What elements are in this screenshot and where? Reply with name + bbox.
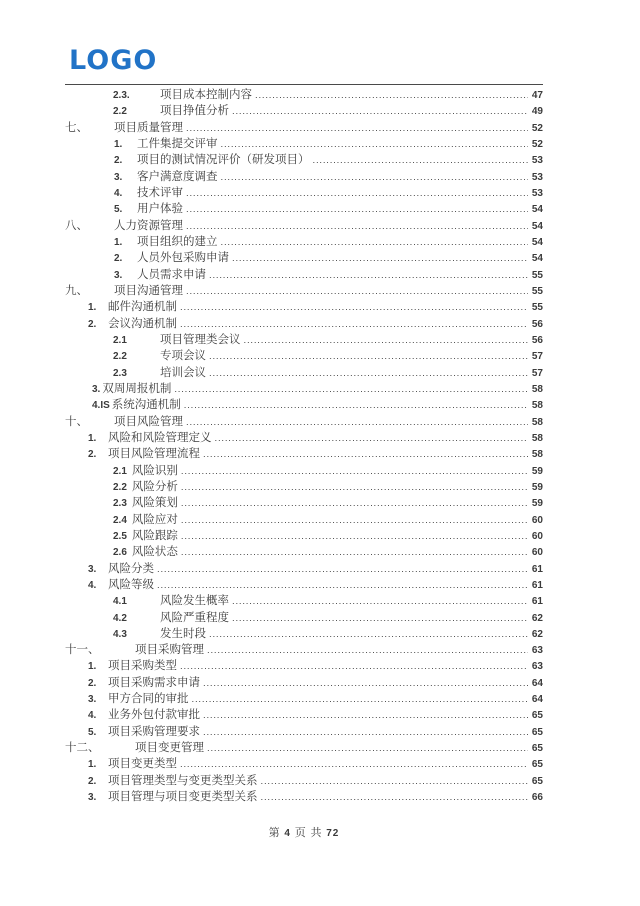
toc-entry-title: 风险发生概率: [160, 593, 229, 609]
toc-entry-page: 54: [529, 219, 543, 235]
toc-entry-page: 54: [529, 251, 543, 267]
toc-entry-number: 3.: [114, 268, 137, 284]
toc-entry-title: 项目采购需求申请: [108, 675, 200, 691]
toc-entry-number: 八、: [65, 218, 114, 234]
toc-entry-page: 65: [529, 757, 543, 773]
dot-leader: ........................................…: [186, 415, 528, 431]
dot-leader: ........................................…: [181, 480, 528, 496]
page-footer: 第 4 页 共 72: [65, 824, 543, 840]
footer-label-total-prefix: 共: [310, 827, 322, 839]
toc-row: 2.2风险分析.................................…: [65, 479, 543, 495]
toc-entry-title: 项目管理类会议: [160, 332, 241, 348]
toc-entry-number: 1.: [114, 137, 137, 153]
dot-leader: ........................................…: [186, 186, 528, 202]
dot-leader: ........................................…: [181, 545, 528, 561]
dot-leader: ........................................…: [232, 104, 528, 120]
document-page: LOGO 2.3.项目成本控制内容.......................…: [0, 0, 640, 906]
toc-row: 3.双周周报机制................................…: [65, 381, 543, 397]
toc-entry-title: 双周周报机制: [102, 381, 171, 397]
toc-row: 4.业务外包付款审批..............................…: [65, 707, 543, 723]
toc-entry-number: 2.: [114, 251, 137, 267]
dot-leader: ........................................…: [209, 349, 528, 365]
toc-row: 2.项目管理类型与变更类型关系.........................…: [65, 773, 543, 789]
dot-leader: ........................................…: [209, 268, 528, 284]
toc-row: 2.会议沟通机制................................…: [65, 316, 543, 332]
toc-entry-title: 人员需求申请: [137, 267, 206, 283]
dot-leader: ........................................…: [181, 496, 528, 512]
dot-leader: ........................................…: [209, 366, 528, 382]
toc-entry-page: 61: [529, 578, 543, 594]
toc-entry-page: 53: [529, 170, 543, 186]
toc-entry-page: 55: [529, 268, 543, 284]
dot-leader: ........................................…: [180, 317, 528, 333]
toc-entry-page: 64: [529, 692, 543, 708]
dot-leader: ........................................…: [203, 676, 528, 692]
toc-entry-number: 2.1: [113, 464, 127, 480]
toc-entry-number: 4.2: [113, 611, 160, 627]
toc-row: 3.客户满意度调查...............................…: [65, 169, 543, 185]
toc-entry-title: 专项会议: [160, 348, 206, 364]
toc-entry-number: 2.1: [113, 333, 160, 349]
toc-entry-page: 59: [529, 464, 543, 480]
toc-entry-page: 63: [529, 643, 543, 659]
toc-row: 4.风险等级..................................…: [65, 577, 543, 593]
toc-entry-page: 47: [529, 88, 543, 104]
toc-entry-title: 人力资源管理: [114, 218, 183, 234]
toc-row: 八、人力资源管理................................…: [65, 218, 543, 234]
toc-entry-number: 2.2: [113, 349, 160, 365]
toc-entry-page: 61: [529, 594, 543, 610]
toc-entry-number: 1.: [88, 300, 108, 316]
toc-row: 1.风险和风险管理定义.............................…: [65, 430, 543, 446]
toc-entry-number: 2.3: [113, 496, 127, 512]
toc-entry-number: 2.: [88, 774, 108, 790]
toc-row: 1.工件集提交评审...............................…: [65, 136, 543, 152]
toc-entry-title: 项目风险管理: [114, 414, 183, 430]
toc-entry-title: 风险分析: [132, 479, 178, 495]
toc-row: 4.IS系统沟通机制..............................…: [65, 397, 543, 413]
toc-entry-title: 客户满意度调查: [137, 169, 218, 185]
footer-label-page-prefix: 第: [269, 827, 281, 839]
dot-leader: ........................................…: [207, 741, 528, 757]
toc-entry-number: 1.: [88, 431, 108, 447]
dot-leader: ........................................…: [221, 137, 529, 153]
toc-entry-page: 64: [529, 676, 543, 692]
toc-row: 十一、项目采购管理...............................…: [65, 642, 543, 658]
toc-entry-number: 5.: [88, 725, 108, 741]
dot-leader: ........................................…: [244, 333, 529, 349]
toc-row: 2.1项目管理类会议..............................…: [65, 332, 543, 348]
toc-entry-title: 项目采购管理: [135, 642, 204, 658]
dot-leader: ........................................…: [209, 627, 528, 643]
toc-entry-title: 项目管理与项目变更类型关系: [108, 789, 258, 805]
toc-entry-number: 2.: [88, 676, 108, 692]
toc-entry-title: 风险和风险管理定义: [108, 430, 212, 446]
toc-entry-number: 4.3: [113, 627, 160, 643]
toc-entry-page: 52: [529, 137, 543, 153]
toc-entry-title: 培训会议: [160, 365, 206, 381]
footer-total-pages: 72: [326, 828, 339, 839]
toc-row: 1.项目组织的建立...............................…: [65, 234, 543, 250]
toc-entry-page: 62: [529, 627, 543, 643]
dot-leader: ........................................…: [157, 562, 528, 578]
toc-entry-title: 项目风险管理流程: [108, 446, 200, 462]
toc-entry-title: 项目挣值分析: [160, 103, 229, 119]
footer-page-number: 4: [284, 828, 291, 839]
toc-entry-title: 用户体验: [137, 201, 183, 217]
toc-row: 2.1风险识别.................................…: [65, 463, 543, 479]
toc-entry-page: 55: [529, 300, 543, 316]
toc-row: 5.用户体验..................................…: [65, 201, 543, 217]
toc-entry-title: 人员外包采购申请: [137, 250, 229, 266]
toc-entry-page: 63: [529, 659, 543, 675]
toc-row: 2.6风险状态.................................…: [65, 544, 543, 560]
dot-leader: ........................................…: [180, 300, 528, 316]
toc-entry-number: 3.: [88, 692, 108, 708]
dot-leader: ........................................…: [192, 692, 529, 708]
toc-row: 七、项目质量管理................................…: [65, 120, 543, 136]
toc-entry-title: 项目质量管理: [114, 120, 183, 136]
dot-leader: ........................................…: [181, 513, 528, 529]
toc-row: 2.人员外包采购申请..............................…: [65, 250, 543, 266]
toc-row: 十、项目风险管理................................…: [65, 414, 543, 430]
toc-entry-number: 5.: [114, 202, 137, 218]
toc-entry-number: 3.: [88, 562, 108, 578]
toc-entry-page: 58: [529, 447, 543, 463]
toc-entry-page: 57: [529, 349, 543, 365]
toc-entry-number: 2.: [88, 447, 108, 463]
toc-entry-page: 55: [529, 284, 543, 300]
toc-entry-number: 七、: [65, 120, 114, 136]
toc-entry-number: 2.2: [113, 480, 127, 496]
dot-leader: ........................................…: [174, 382, 528, 398]
toc-entry-page: 58: [529, 398, 543, 414]
toc-entry-title: 发生时段: [160, 626, 206, 642]
toc-row: 2.3.项目成本控制内容............................…: [65, 87, 543, 103]
toc-row: 4.1风险发生概率...............................…: [65, 593, 543, 609]
dot-leader: ........................................…: [203, 447, 528, 463]
toc-entry-page: 58: [529, 431, 543, 447]
dot-leader: ........................................…: [255, 88, 528, 104]
toc-entry-title: 系统沟通机制: [112, 397, 181, 413]
toc-entry-number: 1.: [88, 757, 108, 773]
dot-leader: ........................................…: [203, 708, 528, 724]
toc-entry-title: 项目组织的建立: [137, 234, 218, 250]
toc-entry-number: 2.6: [113, 545, 127, 561]
toc-entry-title: 甲方合同的审批: [108, 691, 189, 707]
toc-entry-page: 60: [529, 529, 543, 545]
toc-entry-page: 62: [529, 611, 543, 627]
toc-row: 十二、项目变更管理...............................…: [65, 740, 543, 756]
dot-leader: ........................................…: [207, 643, 528, 659]
dot-leader: ........................................…: [186, 121, 528, 137]
toc-entry-page: 59: [529, 496, 543, 512]
toc-entry-page: 61: [529, 562, 543, 578]
footer-label-page: 页: [295, 827, 307, 839]
toc-entry-page: 58: [529, 415, 543, 431]
toc-row: 3.风险分类..................................…: [65, 561, 543, 577]
toc-entry-title: 风险分类: [108, 561, 154, 577]
toc-entry-page: 65: [529, 708, 543, 724]
toc-entry-number: 2.4: [113, 513, 127, 529]
toc-entry-number: 3.: [92, 382, 100, 398]
toc-entry-title: 风险跟踪: [132, 528, 178, 544]
toc-entry-number: 3.: [88, 790, 108, 806]
toc-entry-page: 59: [529, 480, 543, 496]
toc-entry-page: 54: [529, 202, 543, 218]
dot-leader: ........................................…: [313, 153, 529, 169]
toc-entry-title: 项目管理类型与变更类型关系: [108, 773, 258, 789]
dot-leader: ........................................…: [186, 202, 528, 218]
toc-row: 5.项目采购管理要求..............................…: [65, 724, 543, 740]
toc-row: 3.人员需求申请................................…: [65, 267, 543, 283]
header-rule: [65, 84, 543, 85]
toc-entry-page: 66: [529, 790, 543, 806]
toc-list: 2.3.项目成本控制内容............................…: [65, 87, 543, 805]
dot-leader: ........................................…: [157, 578, 528, 594]
dot-leader: ........................................…: [261, 774, 529, 790]
toc-row: 1.邮件沟通机制................................…: [65, 299, 543, 315]
toc-entry-number: 2.: [114, 153, 137, 169]
dot-leader: ........................................…: [203, 725, 528, 741]
toc-row: 2.项目采购需求申请..............................…: [65, 675, 543, 691]
toc-entry-title: 项目成本控制内容: [160, 87, 252, 103]
toc-entry-page: 58: [529, 382, 543, 398]
dot-leader: ........................................…: [215, 431, 529, 447]
toc-entry-number: 1.: [114, 235, 137, 251]
toc-entry-title: 风险识别: [132, 463, 178, 479]
toc-row: 3.项目管理与项目变更类型关系.........................…: [65, 789, 543, 805]
toc-entry-number: 2.: [88, 317, 108, 333]
toc-entry-title: 项目采购类型: [108, 658, 177, 674]
toc-entry-page: 52: [529, 121, 543, 137]
toc-entry-number: 2.3.: [113, 88, 160, 104]
dot-leader: ........................................…: [261, 790, 529, 806]
toc-entry-title: 风险严重程度: [160, 610, 229, 626]
toc-entry-title: 项目采购管理要求: [108, 724, 200, 740]
toc-entry-number: 3.: [114, 170, 137, 186]
dot-leader: ........................................…: [186, 219, 528, 235]
dot-leader: ........................................…: [232, 594, 528, 610]
dot-leader: ........................................…: [186, 284, 528, 300]
toc-entry-title: 风险等级: [108, 577, 154, 593]
toc-row: 2.4风险应对.................................…: [65, 512, 543, 528]
dot-leader: ........................................…: [181, 464, 528, 480]
dot-leader: ........................................…: [221, 170, 529, 186]
dot-leader: ........................................…: [180, 757, 528, 773]
toc-entry-number: 4.1: [113, 594, 160, 610]
toc-entry-page: 54: [529, 235, 543, 251]
dot-leader: ........................................…: [221, 235, 529, 251]
toc-entry-title: 技术评审: [137, 185, 183, 201]
dot-leader: ........................................…: [181, 529, 528, 545]
toc-row: 2.5风险跟踪.................................…: [65, 528, 543, 544]
toc-entry-page: 60: [529, 513, 543, 529]
toc-entry-number: 1.: [88, 659, 108, 675]
toc-entry-page: 53: [529, 186, 543, 202]
dot-leader: ........................................…: [184, 398, 528, 414]
toc-entry-number: 4.: [88, 578, 108, 594]
toc-entry-page: 53: [529, 153, 543, 169]
dot-leader: ........................................…: [180, 659, 528, 675]
toc-entry-page: 56: [529, 317, 543, 333]
toc-entry-page: 56: [529, 333, 543, 349]
dot-leader: ........................................…: [232, 611, 528, 627]
logo: LOGO: [69, 46, 157, 76]
toc-entry-title: 会议沟通机制: [108, 316, 177, 332]
toc-entry-page: 60: [529, 545, 543, 561]
toc-entry-page: 65: [529, 725, 543, 741]
toc-entry-number: 4.: [88, 708, 108, 724]
toc-row: 2.3培训会议.................................…: [65, 365, 543, 381]
toc-entry-number: 4.: [114, 186, 137, 202]
toc-entry-title: 风险策划: [132, 495, 178, 511]
toc-entry-page: 57: [529, 366, 543, 382]
toc-entry-title: 项目沟通管理: [114, 283, 183, 299]
toc-entry-number: 十一、: [65, 642, 135, 658]
toc-entry-page: 49: [529, 104, 543, 120]
toc-entry-number: 2.2: [113, 104, 160, 120]
toc-entry-page: 65: [529, 741, 543, 757]
toc-entry-page: 65: [529, 774, 543, 790]
toc-row: 2.3风险策划.................................…: [65, 495, 543, 511]
toc-entry-title: 风险应对: [132, 512, 178, 528]
toc-row: 4.2风险严重程度...............................…: [65, 610, 543, 626]
toc-entry-title: 业务外包付款审批: [108, 707, 200, 723]
toc-entry-number: 2.5: [113, 529, 127, 545]
toc-row: 1.项目采购类型................................…: [65, 658, 543, 674]
toc-entry-title: 工件集提交评审: [137, 136, 218, 152]
toc-entry-title: 风险状态: [132, 544, 178, 560]
toc-entry-title: 项目变更管理: [135, 740, 204, 756]
toc-row: 3.甲方合同的审批...............................…: [65, 691, 543, 707]
toc-entry-title: 项目的测试情况评价（研发项目）: [137, 152, 310, 168]
toc-row: 2.2专项会议.................................…: [65, 348, 543, 364]
toc-entry-title: 邮件沟通机制: [108, 299, 177, 315]
toc-entry-title: 项目变更类型: [108, 756, 177, 772]
toc-row: 2.项目风险管理流程..............................…: [65, 446, 543, 462]
toc-row: 2.项目的测试情况评价（研发项目）.......................…: [65, 152, 543, 168]
toc-entry-number: 十、: [65, 414, 114, 430]
toc-row: 2.2项目挣值分析...............................…: [65, 103, 543, 119]
toc-row: 1.项目变更类型................................…: [65, 756, 543, 772]
toc-row: 4.3发生时段.................................…: [65, 626, 543, 642]
toc-row: 九、项目沟通管理................................…: [65, 283, 543, 299]
toc-entry-number: 4.IS: [92, 398, 110, 414]
dot-leader: ........................................…: [232, 251, 528, 267]
toc-entry-number: 九、: [65, 283, 114, 299]
toc-entry-number: 十二、: [65, 740, 135, 756]
toc-row: 4.技术评审..................................…: [65, 185, 543, 201]
toc-entry-number: 2.3: [113, 366, 160, 382]
